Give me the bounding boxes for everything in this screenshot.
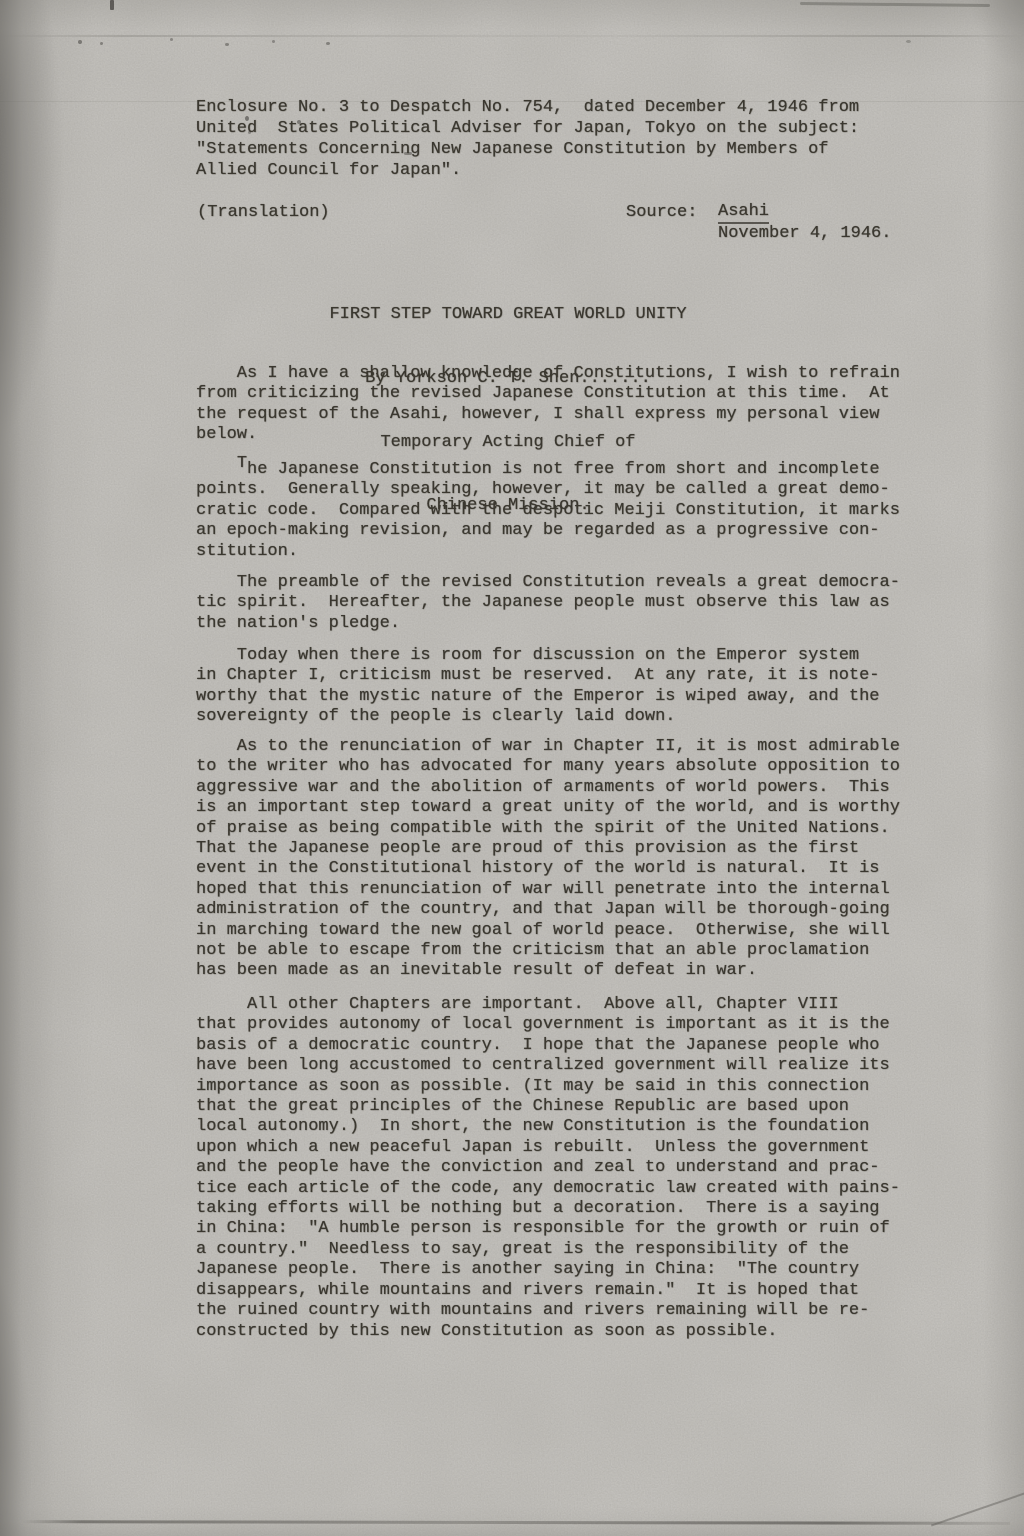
paragraph-5: As to the renunciation of war in Chapter… xyxy=(196,737,956,982)
ink-speck xyxy=(170,38,173,41)
ink-speck xyxy=(272,40,275,43)
scan-crease-line xyxy=(0,35,1024,37)
enclosure-note: Enclosure No. 3 to Despatch No. 754, dat… xyxy=(196,98,859,182)
paragraph-2-raised-initial: T xyxy=(237,454,247,473)
paragraph-6: All other Chapters are important. Above … xyxy=(196,995,956,1342)
paragraph-4: Today when there is room for discussion … xyxy=(196,646,956,728)
top-edge-mark xyxy=(110,0,114,10)
ink-speck xyxy=(906,40,911,43)
ink-speck xyxy=(225,43,229,46)
paragraph-3: The preamble of the revised Constitution… xyxy=(196,573,956,634)
page-bottom-edge xyxy=(22,1520,1010,1525)
source-label: Source: xyxy=(626,203,697,223)
source-name: Asahi xyxy=(718,202,769,224)
paragraph-2: The Japanese Constitution is not free fr… xyxy=(196,460,956,562)
article-title: FIRST STEP TOWARD GREAT WORLD UNITY xyxy=(194,304,822,325)
paragraph-2-indent xyxy=(196,460,237,479)
source-date: November 4, 1946. xyxy=(718,224,891,244)
ink-speck xyxy=(100,42,103,45)
folded-corner-edge xyxy=(931,1486,1024,1527)
paragraph-2-text: he Japanese Constitution is not free fro… xyxy=(196,460,900,561)
paragraph-1: As I have a shallow knowledge of Constit… xyxy=(196,364,956,446)
document-page: Enclosure No. 3 to Despatch No. 754, dat… xyxy=(0,0,1024,1536)
ink-speck xyxy=(326,42,330,45)
top-right-smudge xyxy=(800,2,990,7)
translation-label: (Translation) xyxy=(197,203,330,223)
ink-speck xyxy=(78,40,82,44)
